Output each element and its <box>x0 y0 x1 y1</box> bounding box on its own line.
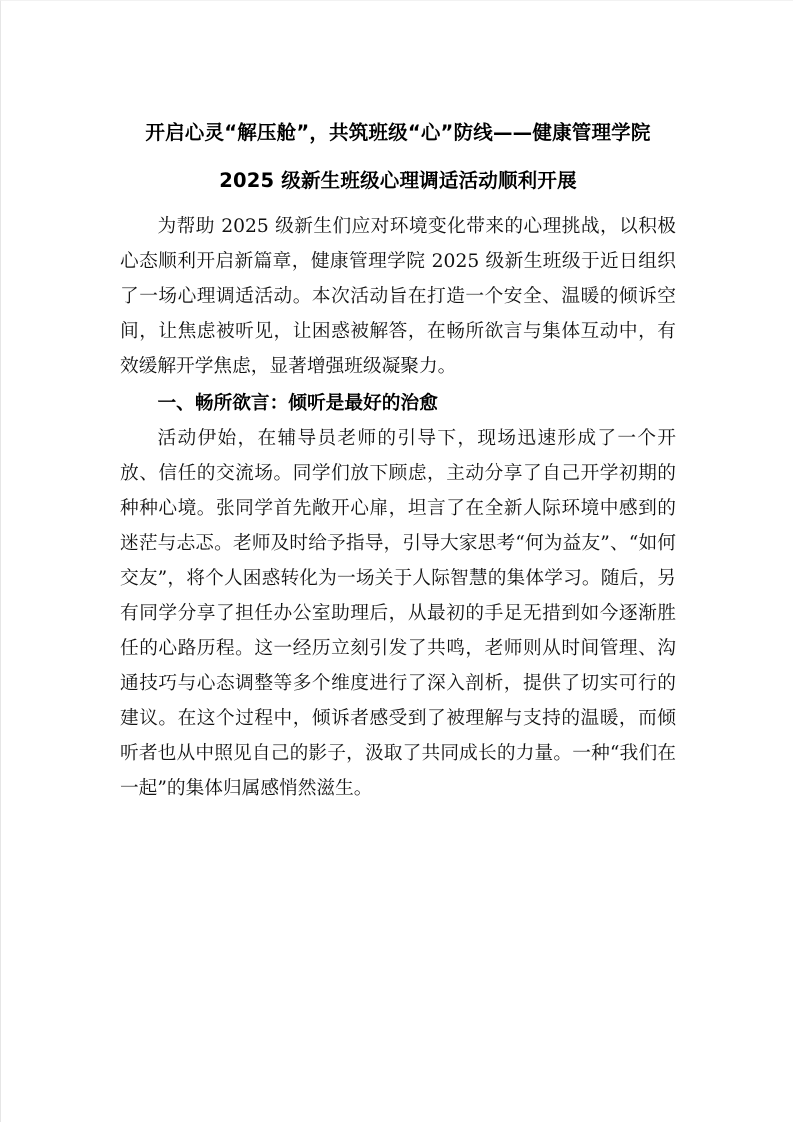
title-line-2: 2025 级新生班级心理调适活动顺利开展 <box>120 157 676 205</box>
section-paragraph-1: 活动伊始，在辅导员老师的引导下，现场迅速形成了一个开放、信任的交流场。同学们放下… <box>120 421 676 806</box>
document-body: 开启心灵“解压舱”，共筑班级“心”防线——健康管理学院 2025 级新生班级心理… <box>120 109 676 806</box>
title-line-1: 开启心灵“解压舱”，共筑班级“心”防线——健康管理学院 <box>120 109 676 157</box>
document-page: 开启心灵“解压舱”，共筑班级“心”防线——健康管理学院 2025 级新生班级心理… <box>0 0 793 1122</box>
section-heading-1: 一、畅所欲言：倾听是最好的治愈 <box>120 386 676 421</box>
intro-paragraph: 为帮助 2025 级新生们应对环境变化带来的心理挑战，以积极心态顺利开启新篇章，… <box>120 209 676 384</box>
document-title: 开启心灵“解压舱”，共筑班级“心”防线——健康管理学院 2025 级新生班级心理… <box>120 109 676 205</box>
